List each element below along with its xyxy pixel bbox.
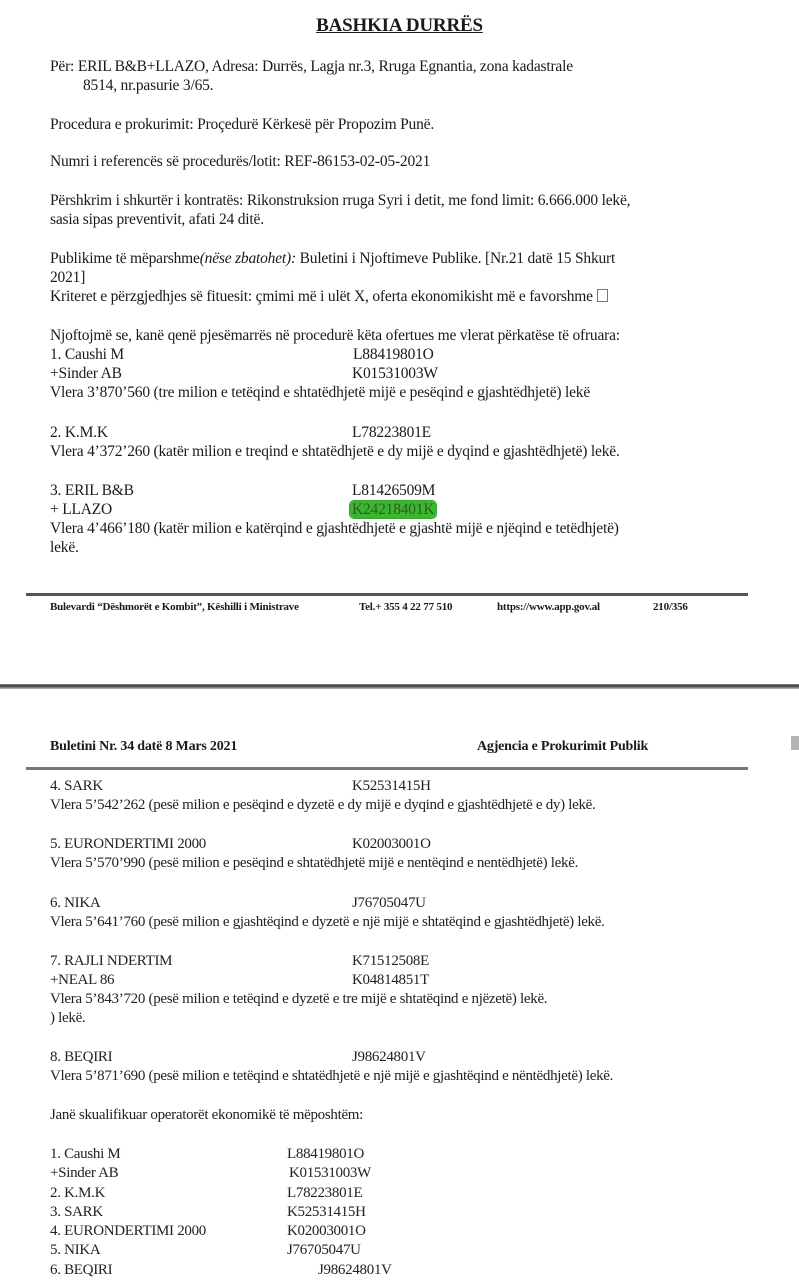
footer-rule bbox=[26, 593, 748, 596]
disqualified-nipt: K52531415H bbox=[287, 1203, 366, 1221]
bidder-value: Vlera 5’641’760 (pesë milion e gjashtëqi… bbox=[50, 913, 605, 931]
recipient-line: Për: ERIL B&B+LLAZO, Adresa: Durrës, Lag… bbox=[50, 58, 573, 76]
bidder-partner-nipt-highlighted: K24218401K bbox=[350, 501, 436, 519]
footer-address: Bulevardi “Dëshmorët e Kombit”, Këshilli… bbox=[50, 601, 299, 613]
bidder-nipt: J98624801V bbox=[352, 1048, 426, 1066]
bidder-partner-nipt: K01531003W bbox=[352, 365, 438, 383]
bidder-nipt: K52531415H bbox=[352, 777, 431, 795]
header-rule bbox=[26, 767, 748, 770]
disqualified-name: 2. K.M.K bbox=[50, 1184, 105, 1202]
disqualified-name: 6. BEQIRI bbox=[50, 1261, 112, 1279]
bidder-partner-name: + LLAZO bbox=[50, 501, 112, 519]
highlight-mark: K24218401K bbox=[350, 501, 436, 518]
procurement-procedure: Procedura e prokurimit: Proçedurë Kërkes… bbox=[50, 116, 434, 134]
disqualified-name: +Sinder AB bbox=[50, 1164, 118, 1182]
bidder-name: 3. ERIL B&B bbox=[50, 482, 134, 500]
bidder-partner-nipt: K04814851T bbox=[352, 971, 429, 989]
bidder-value-2: lekë. bbox=[50, 539, 79, 557]
bidder-partner-name: +NEAL 86 bbox=[50, 971, 114, 989]
prev-pub-prefix: Publikime të mëparshme bbox=[50, 250, 200, 267]
bidder-name: 7. RAJLI NDERTIM bbox=[50, 952, 172, 970]
document-title: BASHKIA DURRËS bbox=[0, 15, 799, 37]
footer-url[interactable]: https://www.app.gov.al bbox=[497, 601, 600, 613]
disqualified-nipt: K01531003W bbox=[289, 1164, 371, 1182]
bidder-name: 8. BEQIRI bbox=[50, 1048, 112, 1066]
footer-tel: Tel.+ 355 4 22 77 510 bbox=[359, 601, 452, 613]
agency-header: Agjencia e Prokurimit Publik bbox=[477, 739, 648, 755]
participants-intro: Njoftojmë se, kanë qenë pjesëmarrës në p… bbox=[50, 327, 620, 345]
bidder-partner-name: +Sinder AB bbox=[50, 365, 122, 383]
disqualified-nipt: J98624801V bbox=[318, 1261, 392, 1279]
bidder-value: Vlera 4’466’180 (katër milion e katërqin… bbox=[50, 520, 619, 538]
bulletin-header: Buletini Nr. 34 datë 8 Mars 2021 bbox=[50, 739, 237, 755]
bidder-name: 1. Caushi M bbox=[50, 346, 124, 364]
prev-pub-suffix: Buletini i Njoftimeve Publike. [Nr.21 da… bbox=[296, 250, 615, 267]
bidder-value: Vlera 3’870’560 (tre milion e tetëqind e… bbox=[50, 384, 590, 402]
bidder-value-2: ) lekë. bbox=[50, 1009, 85, 1027]
bidder-value: Vlera 4’372’260 (katër milion e treqind … bbox=[50, 443, 620, 461]
bidder-name: 6. NIKA bbox=[50, 894, 100, 912]
disqualified-name: 4. EURONDERTIMI 2000 bbox=[50, 1222, 206, 1240]
disqualified-nipt: L78223801E bbox=[287, 1184, 362, 1202]
disqualified-name: 1. Caushi M bbox=[50, 1145, 120, 1163]
selection-criteria: Kriteret e përzgjedhjes së fituesit: çmi… bbox=[50, 288, 608, 306]
page-separator bbox=[0, 684, 799, 689]
contract-description: Përshkrim i shkurtër i kontratës: Rikons… bbox=[50, 192, 630, 210]
bidder-nipt: J76705047U bbox=[352, 894, 426, 912]
disqualified-nipt: K02003001O bbox=[287, 1222, 366, 1240]
bidder-nipt: L78223801E bbox=[352, 424, 431, 442]
prev-pub-italic: (nëse zbatohet): bbox=[200, 250, 296, 267]
bidder-nipt: K71512508E bbox=[352, 952, 429, 970]
bidder-name: 4. SARK bbox=[50, 777, 103, 795]
bidder-value: Vlera 5’871’690 (pesë milion e tetëqind … bbox=[50, 1067, 613, 1085]
recipient-line-2: 8514, nr.pasurie 3/65. bbox=[83, 77, 213, 95]
footer-page-number: 210/356 bbox=[653, 601, 688, 613]
previous-publications: Publikime të mëparshme(nëse zbatohet): B… bbox=[50, 250, 722, 268]
disqualified-nipt: J76705047U bbox=[287, 1241, 361, 1259]
previous-publications-2: 2021] bbox=[50, 269, 85, 287]
prev-pub-text: Publikime të mëparshme(nëse zbatohet): B… bbox=[50, 250, 615, 268]
scrollbar-thumb[interactable] bbox=[791, 736, 799, 750]
disqualified-intro: Janë skualifikuar operatorët ekonomikë t… bbox=[50, 1106, 363, 1124]
disqualified-nipt: L88419801O bbox=[287, 1145, 364, 1163]
bidder-value: Vlera 5’843’720 (pesë milion e tetëqind … bbox=[50, 990, 547, 1008]
bidder-nipt: L88419801O bbox=[353, 346, 434, 364]
checkbox-icon bbox=[597, 289, 608, 302]
criteria-text: Kriteret e përzgjedhjes së fituesit: çmi… bbox=[50, 288, 593, 305]
disqualified-name: 5. NIKA bbox=[50, 1241, 100, 1259]
bidder-value: Vlera 5’542’262 (pesë milion e pesëqind … bbox=[50, 796, 595, 814]
bidder-name: 5. EURONDERTIMI 2000 bbox=[50, 835, 206, 853]
bidder-value: Vlera 5’570’990 (pesë milion e pesëqind … bbox=[50, 854, 578, 872]
contract-description-2: sasia sipas preventivit, afati 24 ditë. bbox=[50, 211, 264, 229]
bidder-name: 2. K.M.K bbox=[50, 424, 108, 442]
bidder-nipt: L81426509M bbox=[352, 482, 435, 500]
disqualified-name: 3. SARK bbox=[50, 1203, 103, 1221]
reference-number: Numri i referencës së procedurës/lotit: … bbox=[50, 153, 430, 171]
bidder-nipt: K02003001O bbox=[352, 835, 431, 853]
